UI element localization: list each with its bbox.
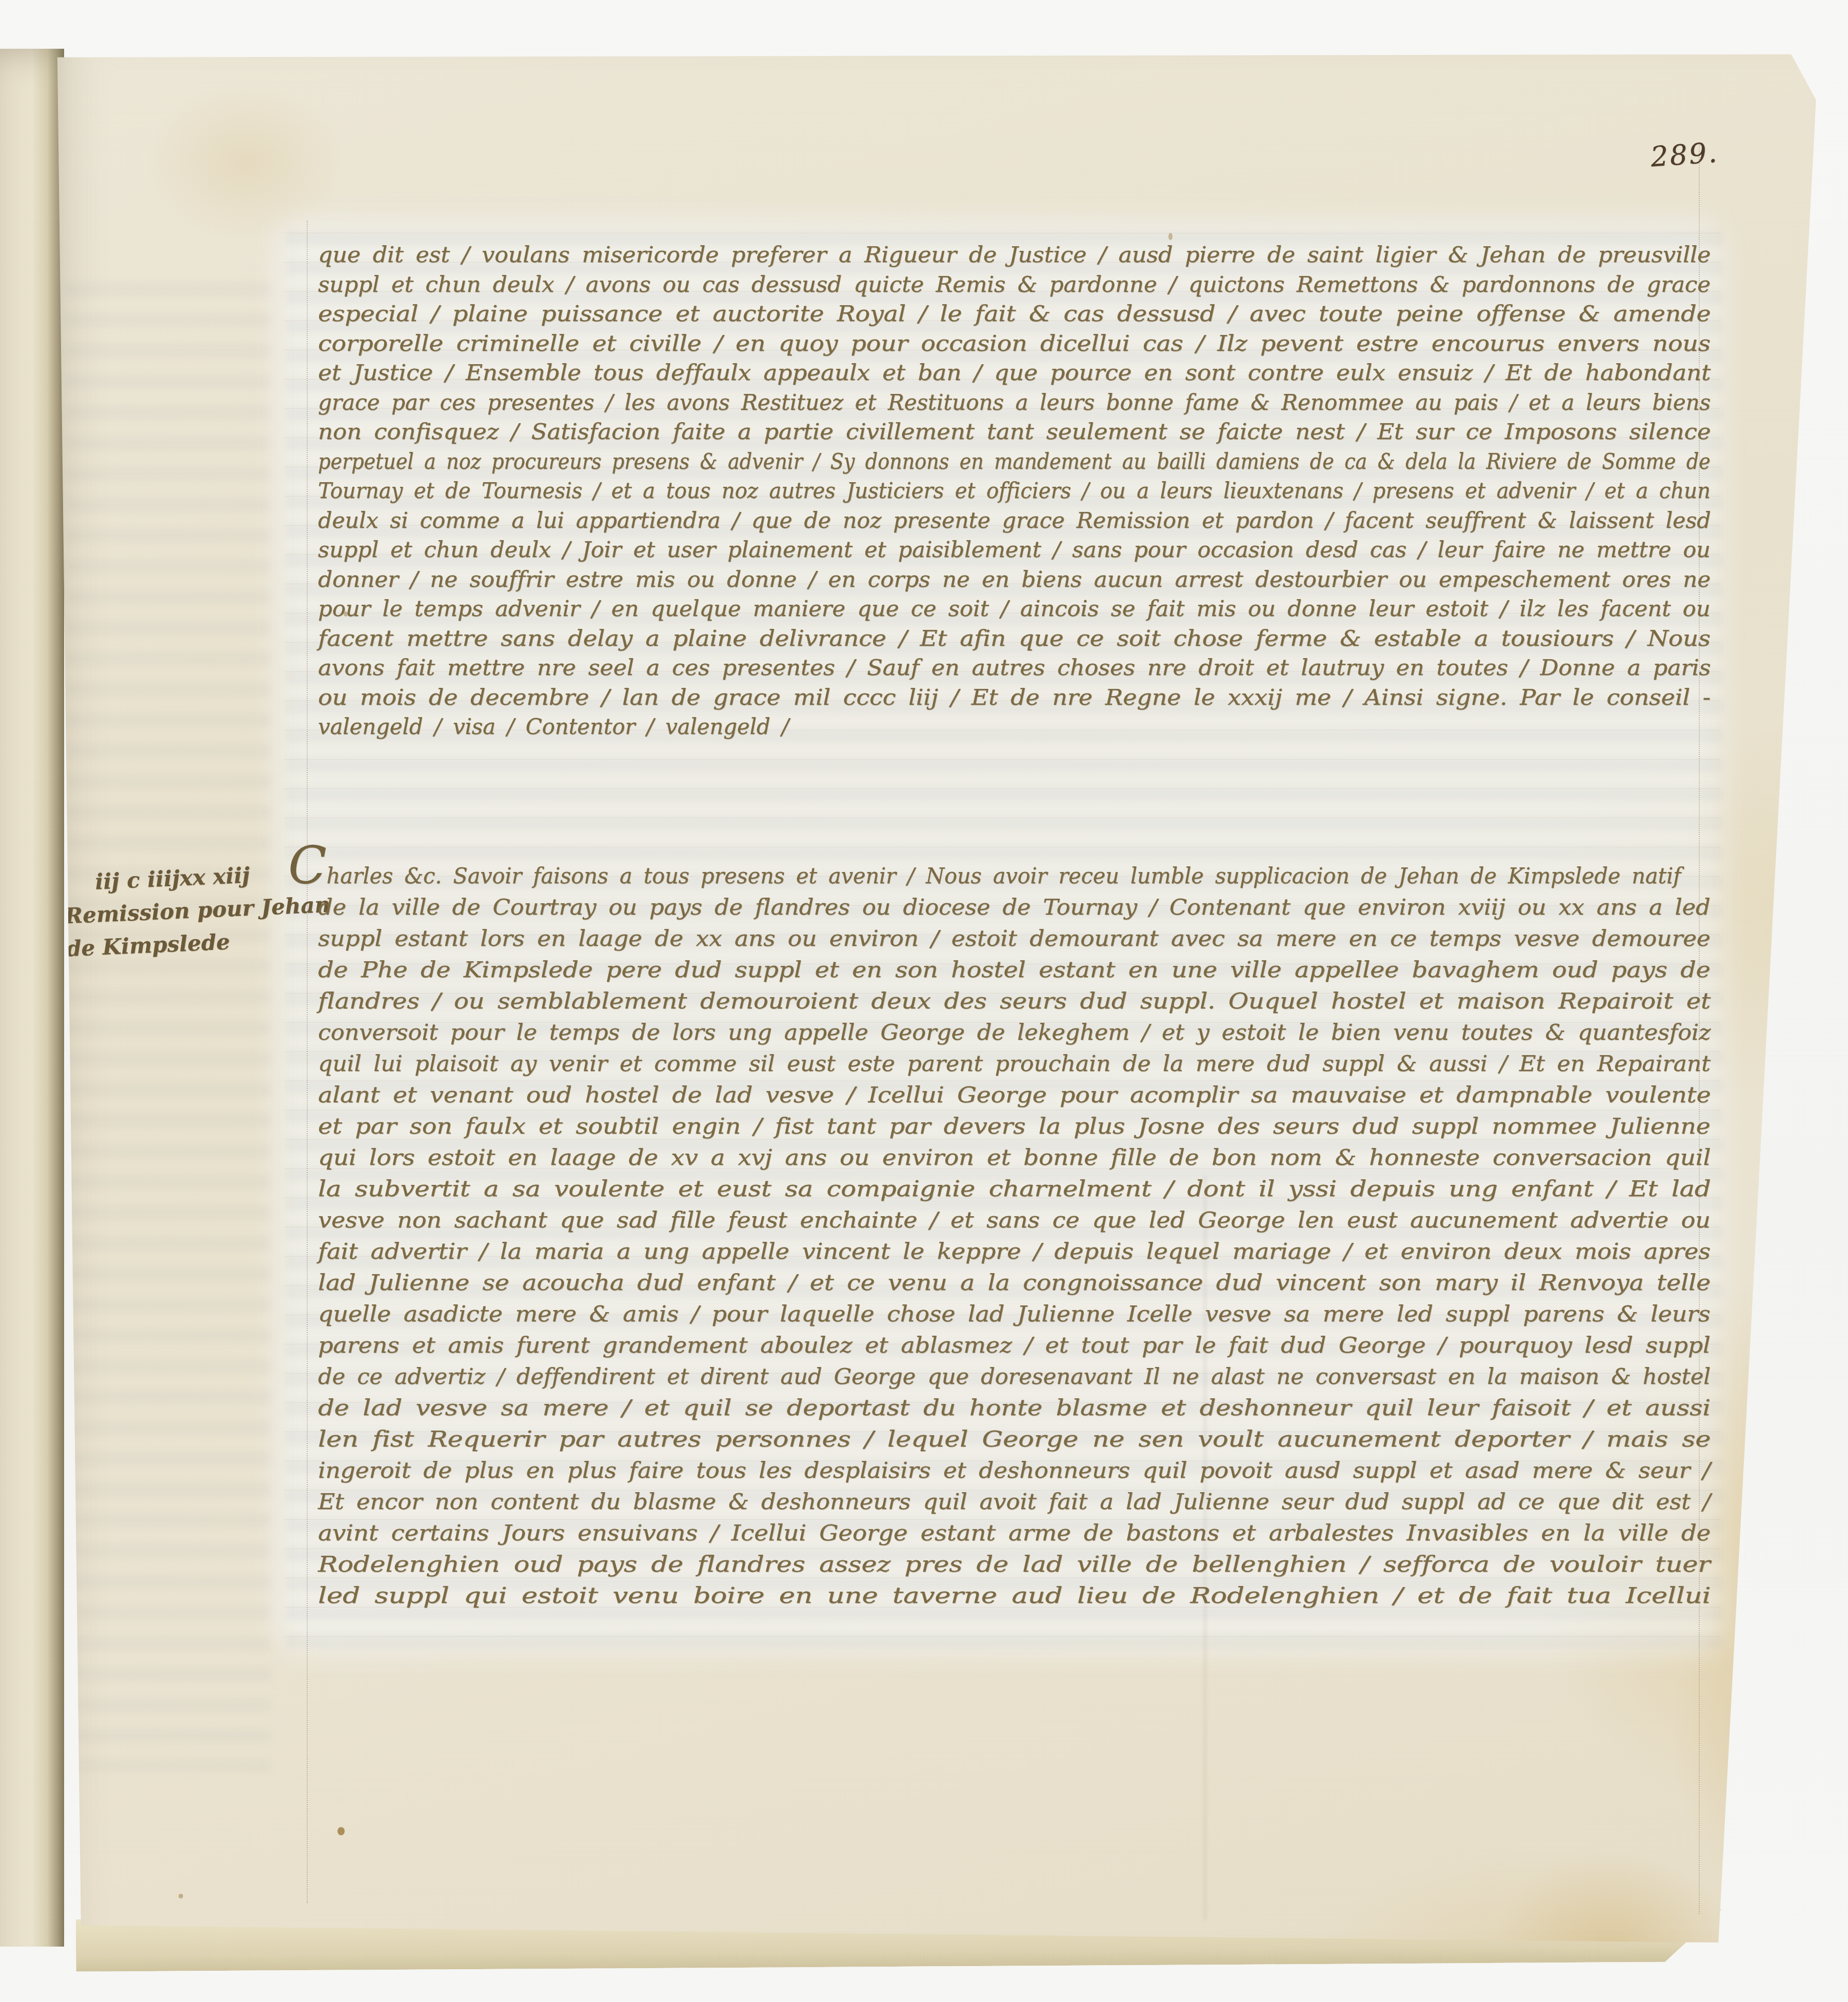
manuscript-line: qui lors estoit en laage de xv a xvj ans…	[318, 1142, 1711, 1174]
manuscript-line: ingeroit de plus en plus faire tous les …	[318, 1455, 1711, 1486]
manuscript-line: donner / ne souffrir estre mis ou donne …	[318, 565, 1711, 594]
manuscript-line: que dit est / voulans misericorde prefer…	[318, 240, 1711, 270]
manuscript-page: 289. iij c iiijxx xiijRemission pour Jeh…	[50, 47, 1825, 1966]
manuscript-line: conversoit pour le temps de lors ung app…	[318, 1017, 1711, 1048]
manuscript-line: facent mettre sans delay a plaine delivr…	[318, 624, 1711, 653]
manuscript-line: et par son faulx et soubtil engin / fist…	[318, 1111, 1711, 1142]
manuscript-line: la subvertit a sa voulente et eust sa co…	[318, 1174, 1711, 1205]
ink-showthrough-margin	[66, 283, 271, 1771]
manuscript-line: pour le temps advenir / en quelque manie…	[318, 594, 1710, 624]
manuscript-line: led suppl qui estoit venu boire en une t…	[318, 1580, 1711, 1612]
manuscript-line: de la ville de Courtray ou pays de fland…	[318, 892, 1710, 923]
manuscript-line: fait advertir / la maria a ung appelle v…	[318, 1236, 1711, 1267]
folio-number: 289.	[1650, 136, 1719, 173]
ink-speck	[344, 611, 348, 617]
manuscript-line: avons fait mettre nre seel a ces present…	[318, 653, 1711, 683]
manuscript-line: len fist Requerir par autres personnes /…	[318, 1424, 1711, 1455]
manuscript-line: Charles &c. Savoir faisons a tous presen…	[288, 846, 1681, 892]
manuscript-line: deulx si comme a lui appartiendra / que …	[318, 506, 1711, 536]
remission-paragraph-jehan-de-kimpslede: Charles &c. Savoir faisons a tous presen…	[318, 846, 1711, 1612]
ink-speck	[178, 1894, 183, 1898]
manuscript-line: Et encor non content du blasme & deshonn…	[318, 1486, 1711, 1518]
manuscript-line: valengeld / visa / Contentor / valengeld…	[318, 712, 789, 742]
manuscript-line: Tournay et de Tournesis / et a tous noz …	[318, 476, 1711, 506]
manuscript-line: et Justice / Ensemble tous deffaulx appe…	[318, 358, 1711, 388]
manuscript-line: ou mois de decembre / lan de grace mil c…	[318, 683, 1711, 712]
manuscript-line: suppl et chun deulx / avons ou cas dessu…	[318, 270, 1711, 300]
manuscript-line: vesve non sachant que sad fille feust en…	[318, 1205, 1711, 1236]
ink-speck	[1168, 233, 1173, 240]
manuscript-line: non confisquez / Satisfacion faite a par…	[318, 417, 1711, 447]
manuscript-line: grace par ces presentes / les avons Rest…	[318, 388, 1711, 418]
manuscript-line: parens et amis furent grandement aboulez…	[318, 1330, 1711, 1361]
manuscript-line: lad Julienne se acoucha dud enfant / et …	[318, 1267, 1711, 1299]
manuscript-line: de ce advertiz / deffendirent et dirent …	[318, 1361, 1711, 1393]
manuscript-line: de Phe de Kimpslede pere dud suppl et en…	[318, 955, 1711, 986]
manuscript-line: alant et venant oud hostel de lad vesve …	[318, 1080, 1711, 1111]
manuscript-line: quelle asadicte mere & amis / pour laque…	[318, 1299, 1711, 1330]
manuscript-line: perpetuel a noz procureurs presens & adv…	[318, 447, 1711, 477]
manuscript-line: suppl et chun deulx / Joir et user plain…	[318, 535, 1711, 565]
binding-gutter	[0, 49, 64, 1947]
margin-rule-left	[307, 221, 308, 1903]
manuscript-line: avint certains Jours ensuivans / Icellui…	[318, 1518, 1711, 1549]
margin-note: iij c iiijxx xiijRemission pour Jehande …	[63, 857, 308, 965]
closing-paragraph-previous-act: que dit est / voulans misericorde prefer…	[318, 240, 1711, 742]
ink-speck	[1766, 1799, 1773, 1806]
manuscript-line: corporelle criminelle et civille / en qu…	[318, 329, 1711, 359]
manuscript-line: suppl estant lors en laage de xx ans ou …	[318, 923, 1711, 955]
manuscript-line: flandres / ou semblablement demouroient …	[318, 986, 1711, 1017]
ink-speck	[337, 1827, 345, 1835]
manuscript-line: quil lui plaisoit ay venir et comme sil …	[318, 1048, 1711, 1080]
manuscript-line: especial / plaine puissance et auctorite…	[318, 299, 1711, 329]
manuscript-line: de lad vesve sa mere / et quil se deport…	[318, 1393, 1711, 1424]
manuscript-line: Rodelenghien oud pays de flandres assez …	[318, 1549, 1710, 1580]
